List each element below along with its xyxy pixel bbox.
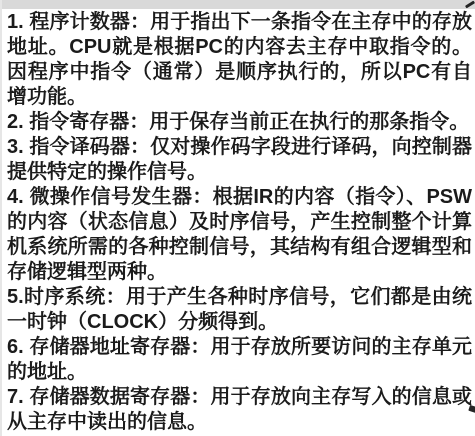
page-top-edge-strip	[0, 0, 475, 9]
list-item-instruction-register: 2. 指令寄存器：用于保存当前正在执行的那条指令。	[7, 110, 472, 135]
list-item-memory-address-register: 6. 存储器地址寄存器：用于存放所要访问的主存单元的地址。	[7, 335, 472, 385]
notes-text-block: 1. 程序计数器：用于指出下一条指令在主存中的存放地址。CPU就是根据PC的内容…	[7, 10, 472, 435]
page-left-edge-strip	[0, 0, 2, 436]
list-item-timing-system: 5.时序系统：用于产生各种时序信号，它们都是由统一时钟（CLOCK）分频得到。	[7, 285, 472, 335]
list-item-instruction-decoder: 3. 指令译码器：仅对操作码字段进行译码，向控制器提供特定的操作信号。	[7, 135, 472, 185]
list-item-micro-op-signal-generator: 4. 微操作信号发生器：根据IR的内容（指令）、PSW的内容（状态信息）及时序信…	[7, 185, 472, 285]
list-item-program-counter: 1. 程序计数器：用于指出下一条指令在主存中的存放地址。CPU就是根据PC的内容…	[7, 10, 472, 110]
list-item-memory-data-register: 7. 存储器数据寄存器：用于存放向主存写入的信息或从主存中读出的信息。	[7, 385, 472, 435]
